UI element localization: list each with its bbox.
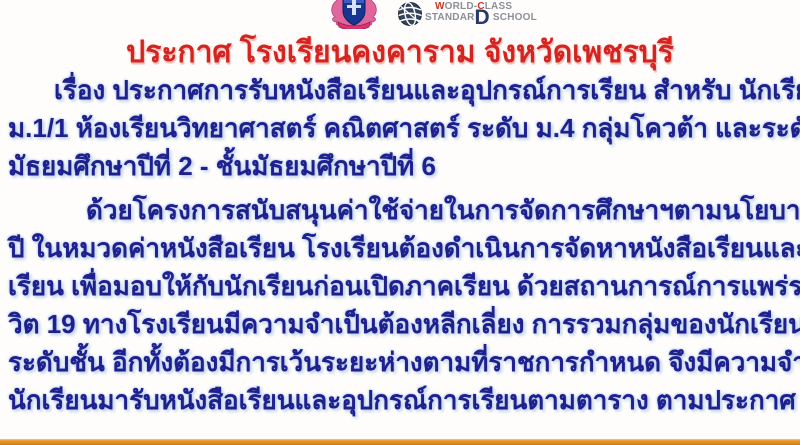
wcss-standard: STANDAR [425, 12, 475, 23]
school-crest-icon [328, 0, 380, 29]
wcss-world-rest: ORLD [445, 1, 474, 12]
body-line-5: ระดับชั้น อีกทั้งต้องมีการเว้นระยะห่างตา… [8, 343, 796, 381]
body-line-1: ด้วยโครงการสนับสนุนค่าใช้จ่ายในการจัดการ… [8, 191, 796, 229]
globe-icon [397, 1, 424, 27]
announcement-body: เรื่อง ประกาศการรับหนังสือเรียนและอุปกรณ… [8, 71, 796, 419]
announcement-slide: WORLD-CLASS STANDARD SCHOOL ประกาศ โรงเร… [0, 0, 800, 445]
wcss-logo-text: WORLD-CLASS STANDARD SCHOOL [425, 2, 537, 23]
subject-line-3: มัธยมศึกษาปีที่ 2 - ชั้นมัธยมศึกษาปีที่ … [8, 147, 796, 185]
body-line-4: วิต 19 ทางโรงเรียนมีความจำเป็นต้องหลีกเล… [8, 305, 796, 343]
body-line-3: เรียน เพื่อมอบให้กับนักเรียนก่อนเปิดภาคเ… [8, 267, 796, 305]
wcss-big-d: D [475, 13, 490, 23]
wcss-school: SCHOOL [493, 12, 537, 23]
bottom-border-bar [0, 439, 800, 445]
subject-line-1: เรื่อง ประกาศการรับหนังสือเรียนและอุปกรณ… [8, 71, 796, 109]
wcss-logo: WORLD-CLASS STANDARD SCHOOL [397, 1, 537, 29]
body-line-6: นักเรียนมารับหนังสือเรียนและอุปกรณ์การเร… [8, 381, 796, 419]
page-title: ประกาศ โรงเรียนคงคาราม จังหวัดเพชรบุรี [0, 29, 800, 76]
body-line-2: ปี ในหมวดค่าหนังสือเรียน โรงเรียนต้องดำเ… [8, 229, 796, 267]
wcss-world-w: W [435, 1, 445, 12]
subject-line-2: ม.1/1 ห้องเรียนวิทยาศาสตร์ คณิตศาสตร์ ระ… [8, 109, 796, 147]
